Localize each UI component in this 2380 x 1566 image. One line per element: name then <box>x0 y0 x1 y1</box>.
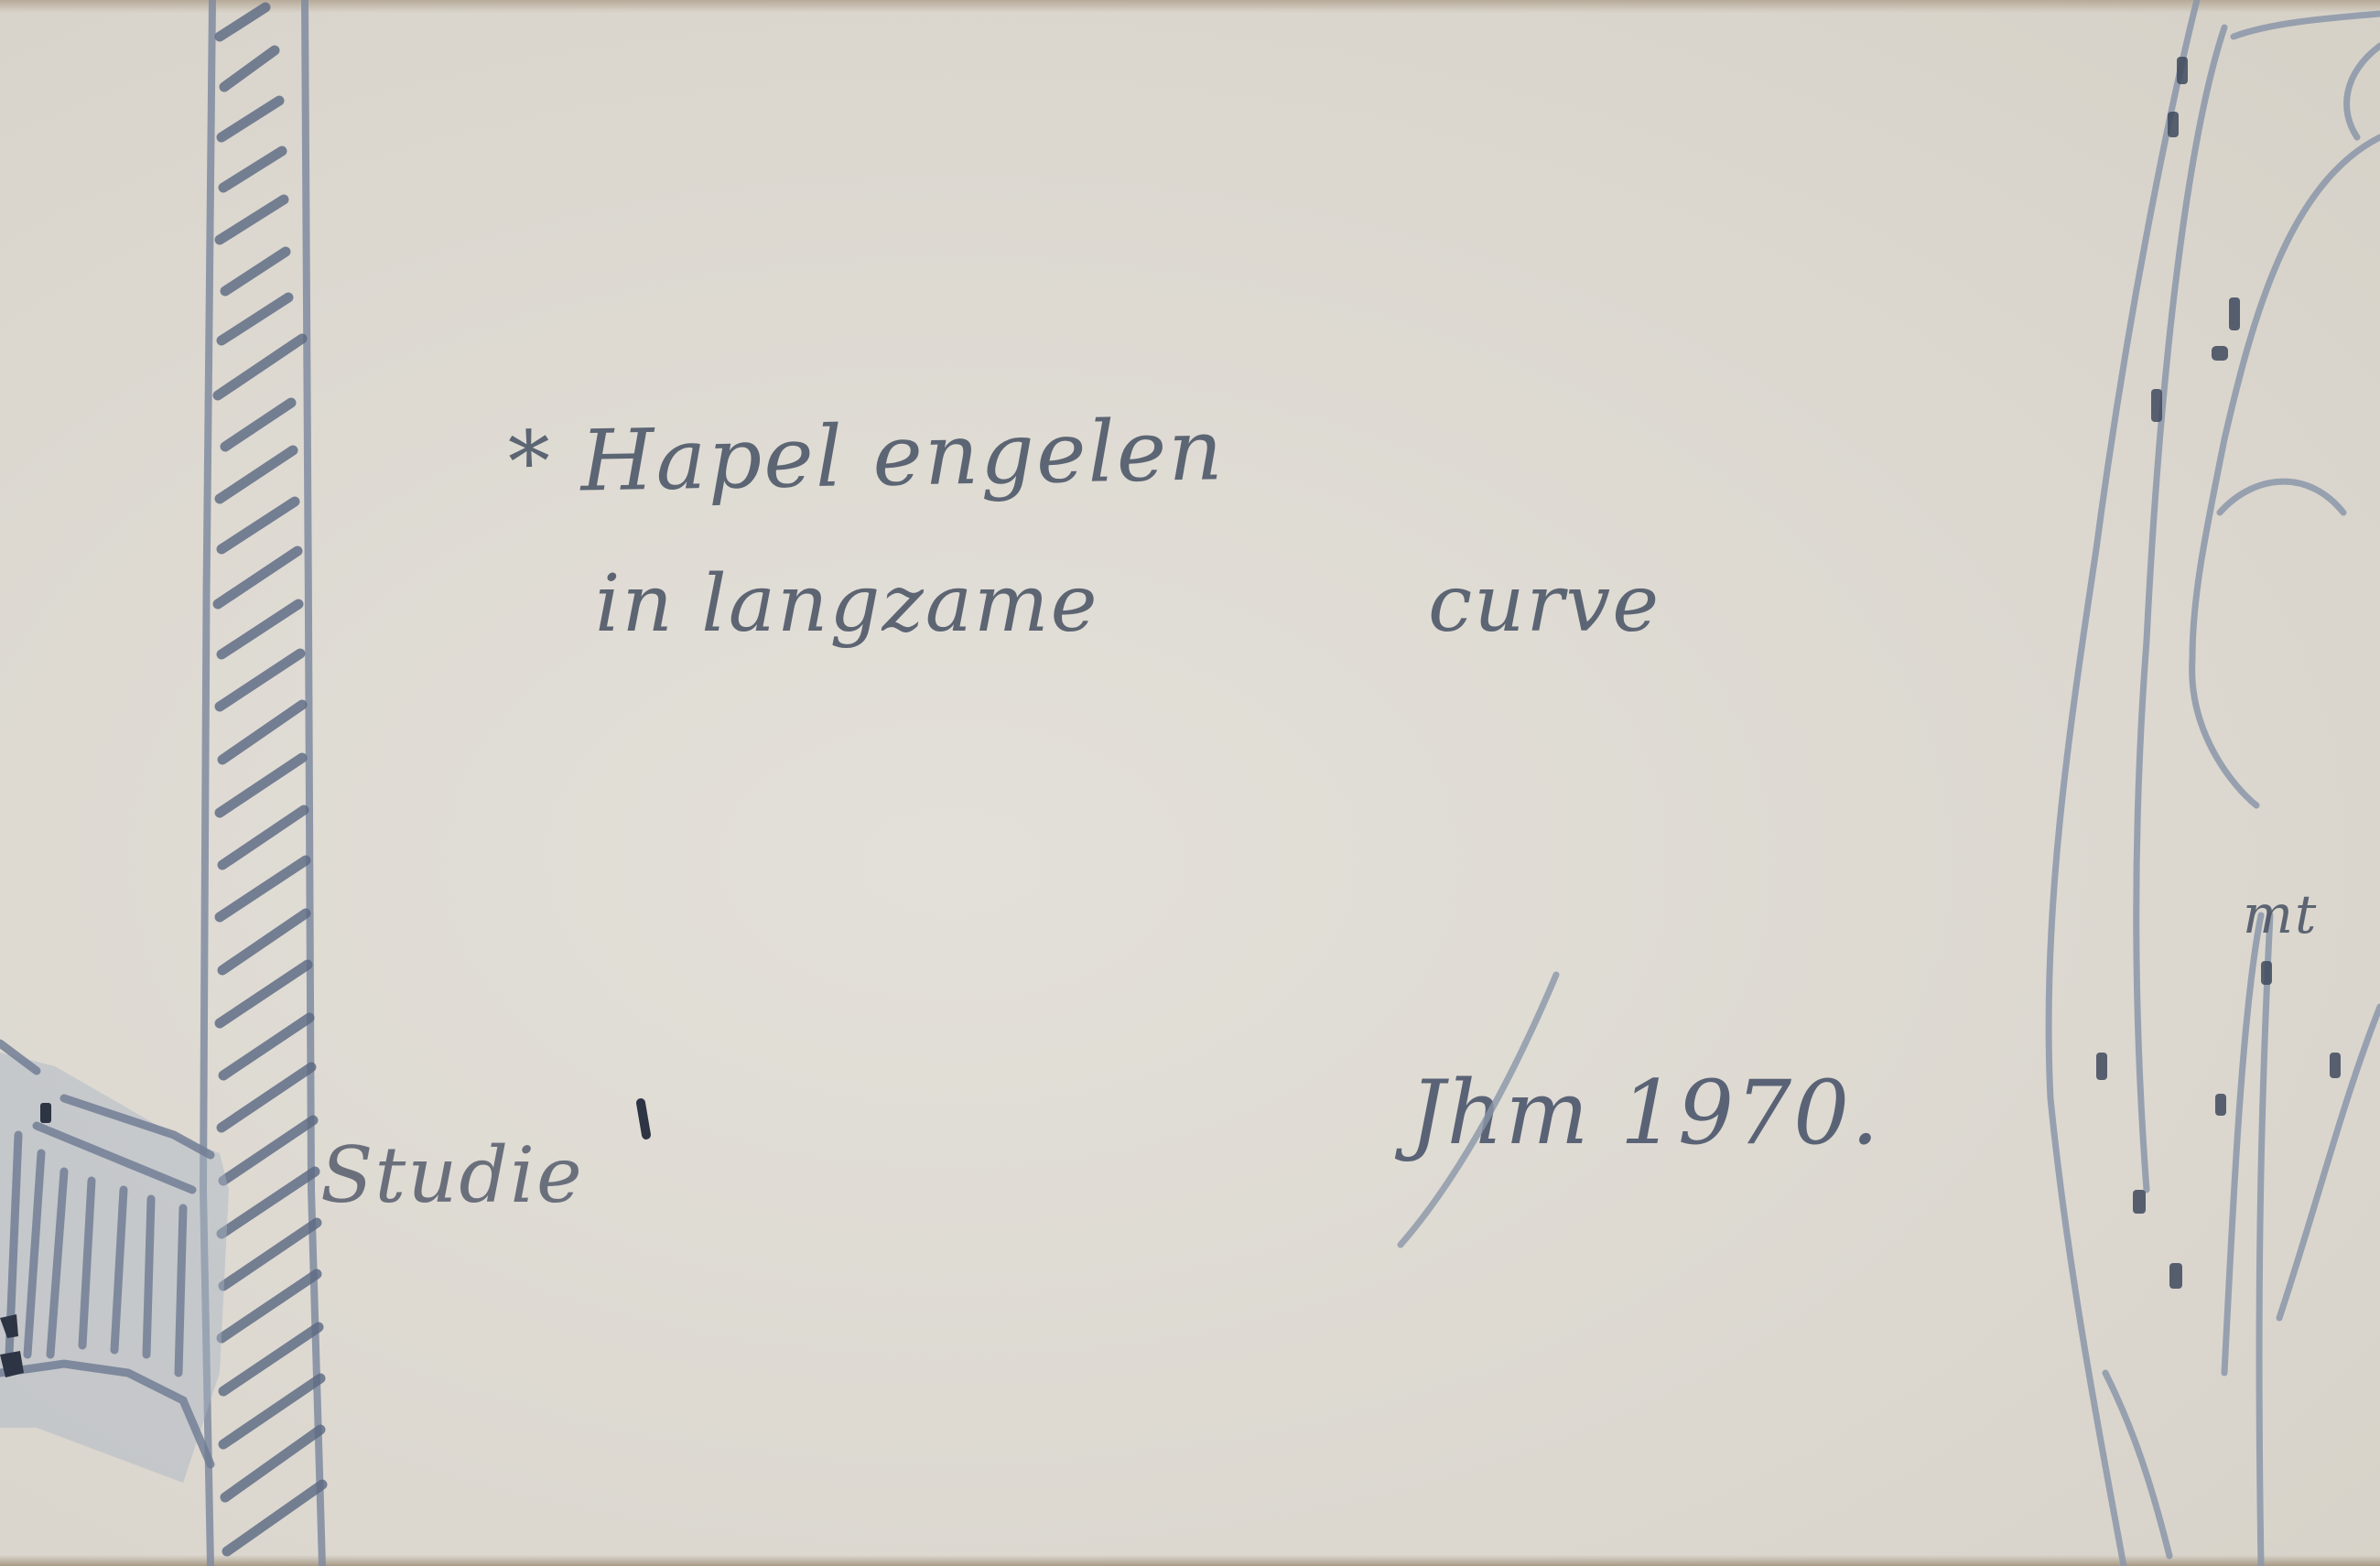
sketch-paper: * Hapel engelen in langzame curve Studie… <box>0 0 2380 1566</box>
signature-slash-stroke <box>0 0 2380 1566</box>
